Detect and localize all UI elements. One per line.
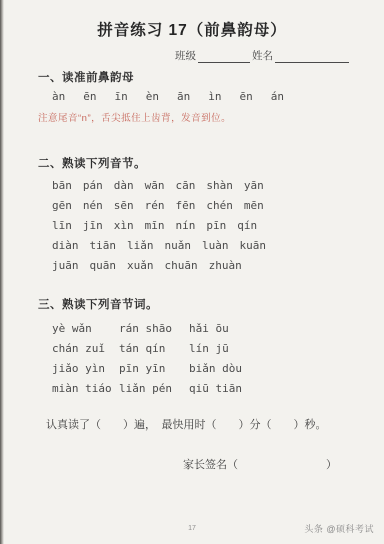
pinyin-final: èn xyxy=(146,90,159,103)
reading-count-line: 认真读了（ ）遍， 最快用时（ ）分（ ）秒。 xyxy=(46,416,327,432)
section1-finals-row: àn ēn īn èn ān ìn ēn án xyxy=(52,90,284,103)
syllable-row: bān pán dàn wān cān shàn yān xyxy=(52,175,266,195)
pinyin-final: ēn xyxy=(240,90,253,103)
syllable: nuǎn xyxy=(165,239,192,252)
syllable: dàn xyxy=(114,179,134,192)
syllable-row: gēn nén sēn rén fēn chén mēn xyxy=(52,195,266,215)
section2-syllable-block: bān pán dàn wān cān shàn yān gēn nén sēn… xyxy=(52,175,266,275)
syllable: nín xyxy=(176,219,196,232)
word-row: yè wǎn rán shāo hǎi ōu xyxy=(52,318,242,338)
pinyin-final: ēn xyxy=(83,90,96,103)
syllable-row: līn jīn xìn mīn nín pīn qín xyxy=(52,215,266,235)
syllable: tiān xyxy=(90,239,117,252)
syllable-word: miàn tiáo xyxy=(52,382,119,395)
word-row: chán zuǐ tán qín lín jū xyxy=(52,338,242,358)
syllable-word: rán shāo xyxy=(119,322,189,335)
worksheet-page: 拼音练习 17（前鼻韵母） 班级姓名 一、读准前鼻韵母 àn ēn īn èn … xyxy=(0,0,384,544)
class-blank-field xyxy=(198,51,250,63)
pinyin-final: ìn xyxy=(208,90,221,103)
syllable-word: yè wǎn xyxy=(52,322,119,335)
syllable: shàn xyxy=(206,179,233,192)
section1-note: 注意尾音“n”，舌尖抵住上齿背，发音到位。 xyxy=(38,110,231,124)
syllable-word: liǎn pén xyxy=(119,382,189,395)
pinyin-final: àn xyxy=(52,90,65,103)
syllable-word: hǎi ōu xyxy=(189,322,242,335)
syllable: diàn xyxy=(52,239,79,252)
syllable: chén xyxy=(206,199,233,212)
syllable: zhuàn xyxy=(209,259,242,272)
name-blank-field xyxy=(275,51,349,63)
syllable: xuǎn xyxy=(127,259,154,272)
syllable: chuān xyxy=(165,259,198,272)
pinyin-final: īn xyxy=(115,90,128,103)
word-row: jiǎo yìn pīn yīn biǎn dòu xyxy=(52,358,242,378)
syllable: gēn xyxy=(52,199,72,212)
syllable: mīn xyxy=(145,219,165,232)
pinyin-final: án xyxy=(271,90,284,103)
syllable: jīn xyxy=(83,219,103,232)
syllable: nén xyxy=(83,199,103,212)
syllable: luàn xyxy=(202,239,229,252)
page-title: 拼音练习 17（前鼻韵母） xyxy=(0,18,384,40)
watermark: 头条 @硕科考试 xyxy=(304,522,374,535)
syllable-row: juān quān xuǎn chuān zhuàn xyxy=(52,255,266,275)
syllable: yān xyxy=(244,179,264,192)
section2-heading: 二、熟读下列音节。 xyxy=(38,155,146,171)
syllable: fēn xyxy=(176,199,196,212)
syllable-word: qiū tiān xyxy=(189,382,242,395)
syllable: pán xyxy=(83,179,103,192)
syllable: sēn xyxy=(114,199,134,212)
syllable: rén xyxy=(145,199,165,212)
syllable: cān xyxy=(176,179,196,192)
syllable: bān xyxy=(52,179,72,192)
page-edge-shadow xyxy=(0,0,4,544)
syllable-row: diàn tiān liǎn nuǎn luàn kuān xyxy=(52,235,266,255)
syllable: līn xyxy=(52,219,72,232)
syllable: mēn xyxy=(244,199,264,212)
syllable: xìn xyxy=(114,219,134,232)
student-info-row: 班级姓名 xyxy=(175,48,351,63)
syllable-word: lín jū xyxy=(189,342,242,355)
syllable: kuān xyxy=(240,239,267,252)
parent-signature-line: 家长签名（ ） xyxy=(183,456,337,472)
syllable-word: jiǎo yìn xyxy=(52,362,119,375)
syllable-word: pīn yīn xyxy=(119,362,189,375)
syllable: liǎn xyxy=(127,239,154,252)
syllable: pīn xyxy=(206,219,226,232)
section1-heading: 一、读准前鼻韵母 xyxy=(38,69,134,85)
word-row: miàn tiáo liǎn pén qiū tiān xyxy=(52,378,242,398)
syllable-word: chán zuǐ xyxy=(52,342,119,355)
syllable: juān xyxy=(52,259,79,272)
syllable: qín xyxy=(237,219,257,232)
section3-heading: 三、熟读下列音节词。 xyxy=(38,296,158,312)
syllable-word: tán qín xyxy=(119,342,189,355)
section3-word-block: yè wǎn rán shāo hǎi ōu chán zuǐ tán qín … xyxy=(52,318,242,398)
syllable-word: biǎn dòu xyxy=(189,362,242,375)
pinyin-final: ān xyxy=(177,90,190,103)
class-label: 班级 xyxy=(175,50,196,62)
name-label: 姓名 xyxy=(252,50,273,62)
syllable: wān xyxy=(145,179,165,192)
syllable: quān xyxy=(90,259,117,272)
